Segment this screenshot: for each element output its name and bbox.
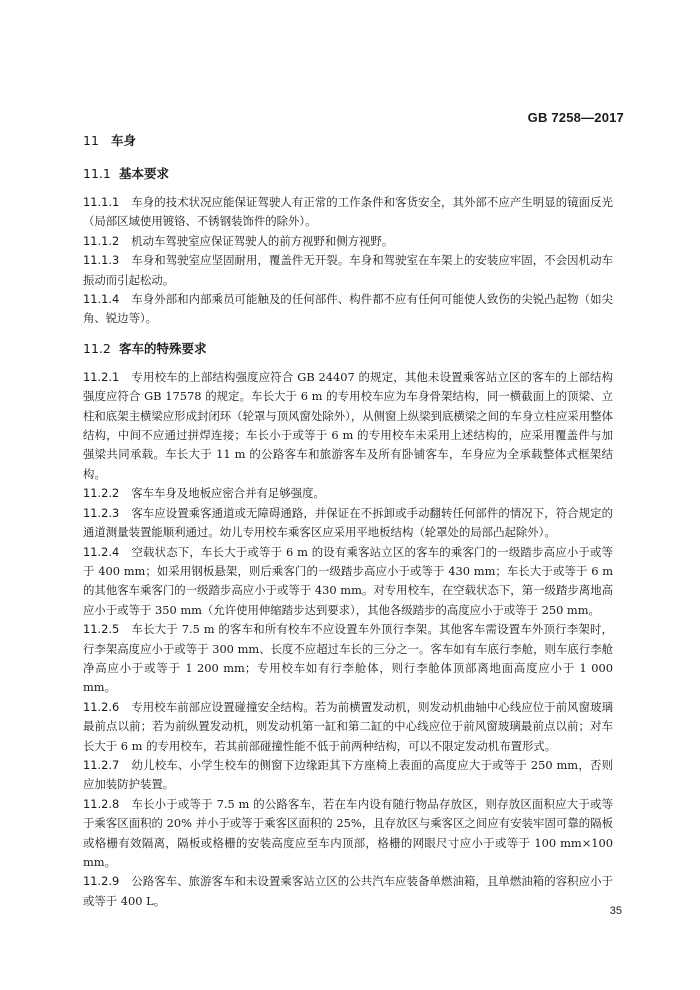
clause-number: 11.2.8 [83, 797, 119, 811]
subsection-title: 基本要求 [119, 166, 169, 181]
clause: 11.1.1车身的技术状况应能保证驾驶人有正常的工作条件和客货安全，其外部不应产… [83, 193, 613, 232]
subsection-title: 客车的特殊要求 [119, 341, 207, 356]
clause-text: 客车应设置乘客通道或无障碍通路，并保证在不拆卸或手动翻转任何部件的情况下，符合规… [83, 506, 613, 539]
clause: 11.1.4车身外部和内部乘员可能触及的任何部件、构件都不应有任何可能使人致伤的… [83, 290, 613, 329]
page-number: 35 [610, 905, 622, 917]
clause-text: 车长小于或等于 7.5 m 的公路客车，若在车内设有随行物品存放区，则存放区面积… [83, 797, 613, 869]
subsection-number: 11.2 [83, 339, 119, 358]
section-number: 11 [83, 131, 111, 150]
clause: 11.2.2客车车身及地板应密合并有足够强度。 [83, 484, 613, 503]
clause: 11.2.1专用校车的上部结构强度应符合 GB 24407 的规定，其他未设置乘… [83, 368, 613, 484]
clause-number: 11.2.6 [83, 700, 119, 714]
clause-text: 公路客车、旅游客车和未设置乘客站立区的公共汽车应装备单燃油箱，且单燃油箱的容积应… [83, 874, 613, 907]
clause-number: 11.2.3 [83, 506, 119, 520]
clause-number: 11.2.9 [83, 874, 119, 888]
clause: 11.2.4空载状态下，车长大于或等于 6 m 的设有乘客站立区的客车的乘客门的… [83, 543, 613, 621]
clause-number: 11.2.1 [83, 370, 119, 384]
clause-text: 车身的技术状况应能保证驾驶人有正常的工作条件和客货安全，其外部不应产生明显的镜面… [83, 195, 613, 228]
subsection-heading: 11.1基本要求 [83, 164, 613, 183]
section-heading: 11车身 [83, 131, 613, 150]
clause-text: 车长大于 7.5 m 的客车和所有校车不应设置车外顶行李架。其他客车需设置车外顶… [83, 622, 613, 694]
clause-text: 车身和驾驶室应坚固耐用，覆盖件无开裂。车身和驾驶室在车架上的安装应牢固，不会因机… [83, 253, 613, 286]
document-body: 11车身 11.1基本要求 11.1.1车身的技术状况应能保证驾驶人有正常的工作… [83, 131, 613, 911]
clause-number: 11.1.4 [83, 292, 119, 306]
clause-text: 幼儿校车、小学生校车的侧窗下边缘距其下方座椅上表面的高度应大于或等于 250 m… [83, 758, 613, 791]
subsection-number: 11.1 [83, 164, 119, 183]
clause: 11.2.7幼儿校车、小学生校车的侧窗下边缘距其下方座椅上表面的高度应大于或等于… [83, 756, 613, 795]
clause-number: 11.1.2 [83, 234, 119, 248]
clause-text: 车身外部和内部乘员可能触及的任何部件、构件都不应有任何可能使人致伤的尖锐凸起物（… [83, 292, 613, 325]
clause-number: 11.1.1 [83, 195, 119, 209]
standard-code: GB 7258—2017 [528, 110, 624, 125]
clause-number: 11.2.2 [83, 486, 119, 500]
clause-text: 客车车身及地板应密合并有足够强度。 [131, 486, 325, 500]
clause-number: 11.2.4 [83, 545, 119, 559]
clause-number: 11.2.7 [83, 758, 119, 772]
clause-number: 11.2.5 [83, 622, 119, 636]
subsection-heading: 11.2客车的特殊要求 [83, 339, 613, 358]
clause: 11.2.5车长大于 7.5 m 的客车和所有校车不应设置车外顶行李架。其他客车… [83, 620, 613, 698]
clause-text: 专用校车的上部结构强度应符合 GB 24407 的规定，其他未设置乘客站立区的客… [83, 370, 613, 481]
clause-number: 11.1.3 [83, 253, 119, 267]
clause: 11.2.9公路客车、旅游客车和未设置乘客站立区的公共汽车应装备单燃油箱，且单燃… [83, 872, 613, 911]
clause: 11.2.3客车应设置乘客通道或无障碍通路，并保证在不拆卸或手动翻转任何部件的情… [83, 504, 613, 543]
clause: 11.1.2机动车驾驶室应保证驾驶人的前方视野和侧方视野。 [83, 232, 613, 251]
clause: 11.2.8车长小于或等于 7.5 m 的公路客车，若在车内设有随行物品存放区，… [83, 795, 613, 873]
clause-text: 机动车驾驶室应保证驾驶人的前方视野和侧方视野。 [131, 234, 393, 248]
clause-text: 空载状态下，车长大于或等于 6 m 的设有乘客站立区的客车的乘客门的一级踏步高应… [83, 545, 613, 617]
clause: 11.1.3车身和驾驶室应坚固耐用，覆盖件无开裂。车身和驾驶室在车架上的安装应牢… [83, 251, 613, 290]
section-title: 车身 [111, 133, 136, 148]
clause: 11.2.6专用校车前部应设置碰撞安全结构。若为前横置发动机，则发动机曲轴中心线… [83, 698, 613, 756]
clause-text: 专用校车前部应设置碰撞安全结构。若为前横置发动机，则发动机曲轴中心线应位于前风窗… [83, 700, 613, 753]
